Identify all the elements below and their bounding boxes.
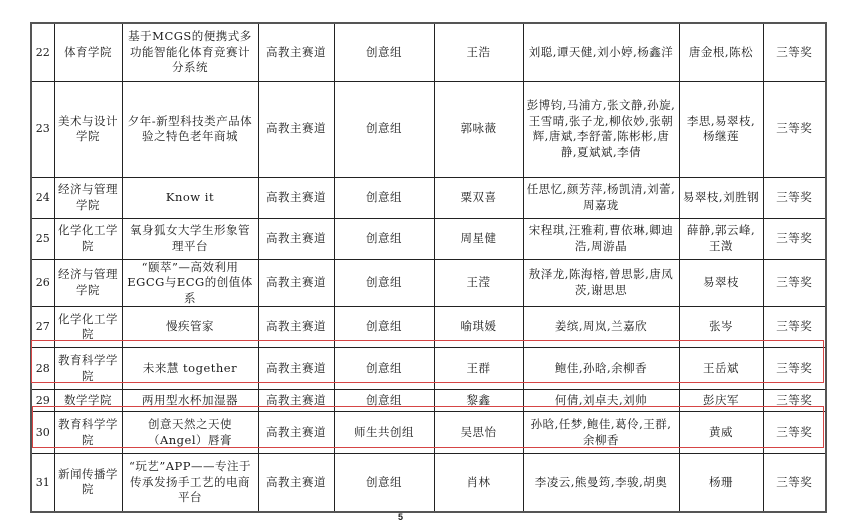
table-row: 23 美术与设计学院 夕年-新型科技类产品体验之特色老年商城 高教主赛道 创意组…: [31, 81, 826, 177]
group-cell: 创意组: [334, 177, 434, 218]
award-cell: 三等奖: [763, 177, 826, 218]
leader-cell: 吴思怡: [434, 412, 523, 454]
leader-cell: 肖林: [434, 454, 523, 512]
track-cell: 高教主赛道: [258, 307, 334, 348]
row-number: 24: [31, 177, 54, 218]
leader-cell: 周星健: [434, 218, 523, 259]
college-cell: 经济与管理学院: [54, 177, 122, 218]
project-cell: 两用型水杯加湿器: [122, 390, 258, 412]
advisors-cell: 薛静,郭云峰,王澂: [679, 218, 763, 259]
leader-cell: 王浩: [434, 23, 523, 81]
track-cell: 高教主赛道: [258, 454, 334, 512]
advisors-cell: 王岳斌: [679, 348, 763, 390]
award-cell: 三等奖: [763, 454, 826, 512]
award-cell: 三等奖: [763, 23, 826, 81]
members-cell: 宋程琪,汪雅莉,曹依琳,卿迪浩,周游晶: [523, 218, 679, 259]
leader-cell: 喻琪媛: [434, 307, 523, 348]
track-cell: 高教主赛道: [258, 177, 334, 218]
table-row: 29 数学学院 两用型水杯加湿器 高教主赛道 创意组 黎鑫 何倩,刘卓夫,刘帅 …: [31, 390, 826, 412]
row-number: 23: [31, 81, 54, 177]
project-cell: 慢疾管家: [122, 307, 258, 348]
members-cell: 鲍佳,孙晗,余柳香: [523, 348, 679, 390]
project-cell: Know it: [122, 177, 258, 218]
leader-cell: 王滢: [434, 259, 523, 307]
advisors-cell: 易翠枝,刘胜钢: [679, 177, 763, 218]
row-number: 30: [31, 412, 54, 454]
track-cell: 高教主赛道: [258, 348, 334, 390]
college-cell: 新闻传播学院: [54, 454, 122, 512]
project-cell: 氧身狐女大学生形象管理平台: [122, 218, 258, 259]
members-cell: 何倩,刘卓夫,刘帅: [523, 390, 679, 412]
college-cell: 美术与设计学院: [54, 81, 122, 177]
college-cell: 教育科学学院: [54, 412, 122, 454]
award-cell: 三等奖: [763, 348, 826, 390]
table-row: 26 经济与管理学院 “颐萃”—高效利用EGCG与ECG的创值体系 高教主赛道 …: [31, 259, 826, 307]
advisors-cell: 张岑: [679, 307, 763, 348]
award-cell: 三等奖: [763, 390, 826, 412]
advisors-cell: 杨珊: [679, 454, 763, 512]
awards-table: 22 体育学院 基于MCGS的便携式多功能智能化体育竞赛计分系统 高教主赛道 创…: [30, 22, 827, 513]
table-row: 24 经济与管理学院 Know it 高教主赛道 创意组 粟双喜 任思忆,颜芳萍…: [31, 177, 826, 218]
row-number: 22: [31, 23, 54, 81]
table-row-highlighted: 30 教育科学学院 创意天然之天使（Angel）唇膏 高教主赛道 师生共创组 吴…: [31, 412, 826, 454]
track-cell: 高教主赛道: [258, 259, 334, 307]
track-cell: 高教主赛道: [258, 412, 334, 454]
members-cell: 敖泽龙,陈海榕,曾思影,唐凤茨,谢思思: [523, 259, 679, 307]
members-cell: 任思忆,颜芳萍,杨凯清,刘蕾,周嘉珑: [523, 177, 679, 218]
college-cell: 经济与管理学院: [54, 259, 122, 307]
group-cell: 创意组: [334, 390, 434, 412]
project-cell: 夕年-新型科技类产品体验之特色老年商城: [122, 81, 258, 177]
track-cell: 高教主赛道: [258, 81, 334, 177]
project-cell: 创意天然之天使（Angel）唇膏: [122, 412, 258, 454]
advisors-cell: 李思,易翠枝,杨继莲: [679, 81, 763, 177]
project-cell: 未来慧 together: [122, 348, 258, 390]
award-cell: 三等奖: [763, 218, 826, 259]
table-row-highlighted: 28 教育科学学院 未来慧 together 高教主赛道 创意组 王群 鲍佳,孙…: [31, 348, 826, 390]
advisors-cell: 唐金根,陈松: [679, 23, 763, 81]
track-cell: 高教主赛道: [258, 390, 334, 412]
project-cell: 基于MCGS的便携式多功能智能化体育竞赛计分系统: [122, 23, 258, 81]
leader-cell: 郭咏薇: [434, 81, 523, 177]
college-cell: 体育学院: [54, 23, 122, 81]
group-cell: 创意组: [334, 81, 434, 177]
award-cell: 三等奖: [763, 412, 826, 454]
award-cell: 三等奖: [763, 81, 826, 177]
award-cell: 三等奖: [763, 259, 826, 307]
group-cell: 创意组: [334, 218, 434, 259]
members-cell: 李凌云,熊曼筠,李骏,胡奥: [523, 454, 679, 512]
table-row: 27 化学化工学院 慢疾管家 高教主赛道 创意组 喻琪媛 姜缤,周岚,兰嘉欣 张…: [31, 307, 826, 348]
college-cell: 教育科学学院: [54, 348, 122, 390]
advisors-cell: 彭庆军: [679, 390, 763, 412]
group-cell: 创意组: [334, 307, 434, 348]
page-number: 5: [398, 512, 403, 522]
row-number: 27: [31, 307, 54, 348]
track-cell: 高教主赛道: [258, 218, 334, 259]
group-cell: 创意组: [334, 259, 434, 307]
members-cell: 姜缤,周岚,兰嘉欣: [523, 307, 679, 348]
members-cell: 孙晗,任梦,鲍佳,葛伶,王群,余柳香: [523, 412, 679, 454]
college-cell: 数学学院: [54, 390, 122, 412]
row-number: 29: [31, 390, 54, 412]
leader-cell: 黎鑫: [434, 390, 523, 412]
members-cell: 刘聪,谭天健,刘小婷,杨鑫洋: [523, 23, 679, 81]
table-row: 22 体育学院 基于MCGS的便携式多功能智能化体育竞赛计分系统 高教主赛道 创…: [31, 23, 826, 81]
project-cell: “颐萃”—高效利用EGCG与ECG的创值体系: [122, 259, 258, 307]
group-cell: 创意组: [334, 348, 434, 390]
college-cell: 化学化工学院: [54, 218, 122, 259]
group-cell: 师生共创组: [334, 412, 434, 454]
group-cell: 创意组: [334, 23, 434, 81]
table-row: 31 新闻传播学院 “玩艺”APP——专注于传承发扬手工艺的电商平台 高教主赛道…: [31, 454, 826, 512]
award-cell: 三等奖: [763, 307, 826, 348]
college-cell: 化学化工学院: [54, 307, 122, 348]
group-cell: 创意组: [334, 454, 434, 512]
leader-cell: 王群: [434, 348, 523, 390]
row-number: 28: [31, 348, 54, 390]
project-cell: “玩艺”APP——专注于传承发扬手工艺的电商平台: [122, 454, 258, 512]
members-cell: 彭博钧,马浦方,张文静,孙旋,王雪晴,张子龙,柳依妙,张朝辉,唐斌,李舒蕾,陈彬…: [523, 81, 679, 177]
table-row: 25 化学化工学院 氧身狐女大学生形象管理平台 高教主赛道 创意组 周星健 宋程…: [31, 218, 826, 259]
row-number: 26: [31, 259, 54, 307]
track-cell: 高教主赛道: [258, 23, 334, 81]
row-number: 31: [31, 454, 54, 512]
advisors-cell: 黄威: [679, 412, 763, 454]
advisors-cell: 易翠枝: [679, 259, 763, 307]
row-number: 25: [31, 218, 54, 259]
leader-cell: 粟双喜: [434, 177, 523, 218]
